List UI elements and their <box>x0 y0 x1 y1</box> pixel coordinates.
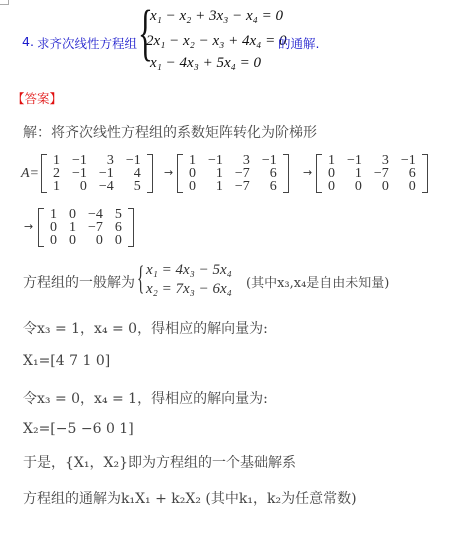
general-brace: { <box>137 262 144 296</box>
general-note: (其中x₃,x₄是自由未知量) <box>246 272 389 291</box>
let-statement-2: 令x₃ = 0，x₄ = 1，得相应的解向量为: <box>23 388 268 408</box>
arrow-icon: → <box>24 220 33 233</box>
solution-vector-x1: X₁=[4 7 1 0] <box>23 353 110 369</box>
equation-3: x₁ − 4x₃ + 5x₄ = 0 <box>150 55 261 72</box>
arrow-icon: → <box>303 166 312 179</box>
equation-1: x₁ − x₂ + 3x₃ − x₄ = 0 <box>150 8 283 25</box>
let-statement-1: 令x₃ = 1，x₄ = 0，得相应的解向量为: <box>23 318 268 338</box>
question-number: 4. <box>22 34 34 49</box>
arrow-icon: → <box>164 166 173 179</box>
matrix-1: 1−13−1 01−76 01−76 <box>177 154 289 193</box>
general-eq-2: x₂ = 7x₃ − 6x₄ <box>146 281 232 298</box>
question-suffix: 的通解. <box>278 34 319 52</box>
answer-tag: 【答案】 <box>12 89 62 107</box>
solution-vector-x2: X₂=[−5 −6 0 1] <box>23 421 134 437</box>
corner-mark <box>0 0 9 5</box>
matrix-label: A= <box>21 166 39 182</box>
basis-statement: 于是，{X₁，X₂}即为方程组的一个基础解系 <box>23 452 296 472</box>
matrix-2: 1−13−1 01−76 0000 <box>316 154 428 193</box>
general-eq-1: x₁ = 4x₃ − 5x₄ <box>146 262 232 279</box>
matrix-0: 1−13−1 2−1−14 10−45 <box>41 154 153 193</box>
matrix-3: 10−45 01−76 0000 <box>38 208 134 247</box>
question-prefix: 求齐次线性方程组 <box>37 34 137 52</box>
general-prefix: 方程组的一般解为 <box>23 272 135 292</box>
equation-2: 2x₁ − x₂ − x₃ + 4x₄ = 0 <box>146 33 286 50</box>
solution-intro: 解：将齐次线性方程组的系数矩阵转化为阶梯形 <box>23 122 317 142</box>
general-solution: 方程组的通解为k₁X₁ + k₂X₂ (其中k₁，k₂为任意常数) <box>23 488 357 508</box>
